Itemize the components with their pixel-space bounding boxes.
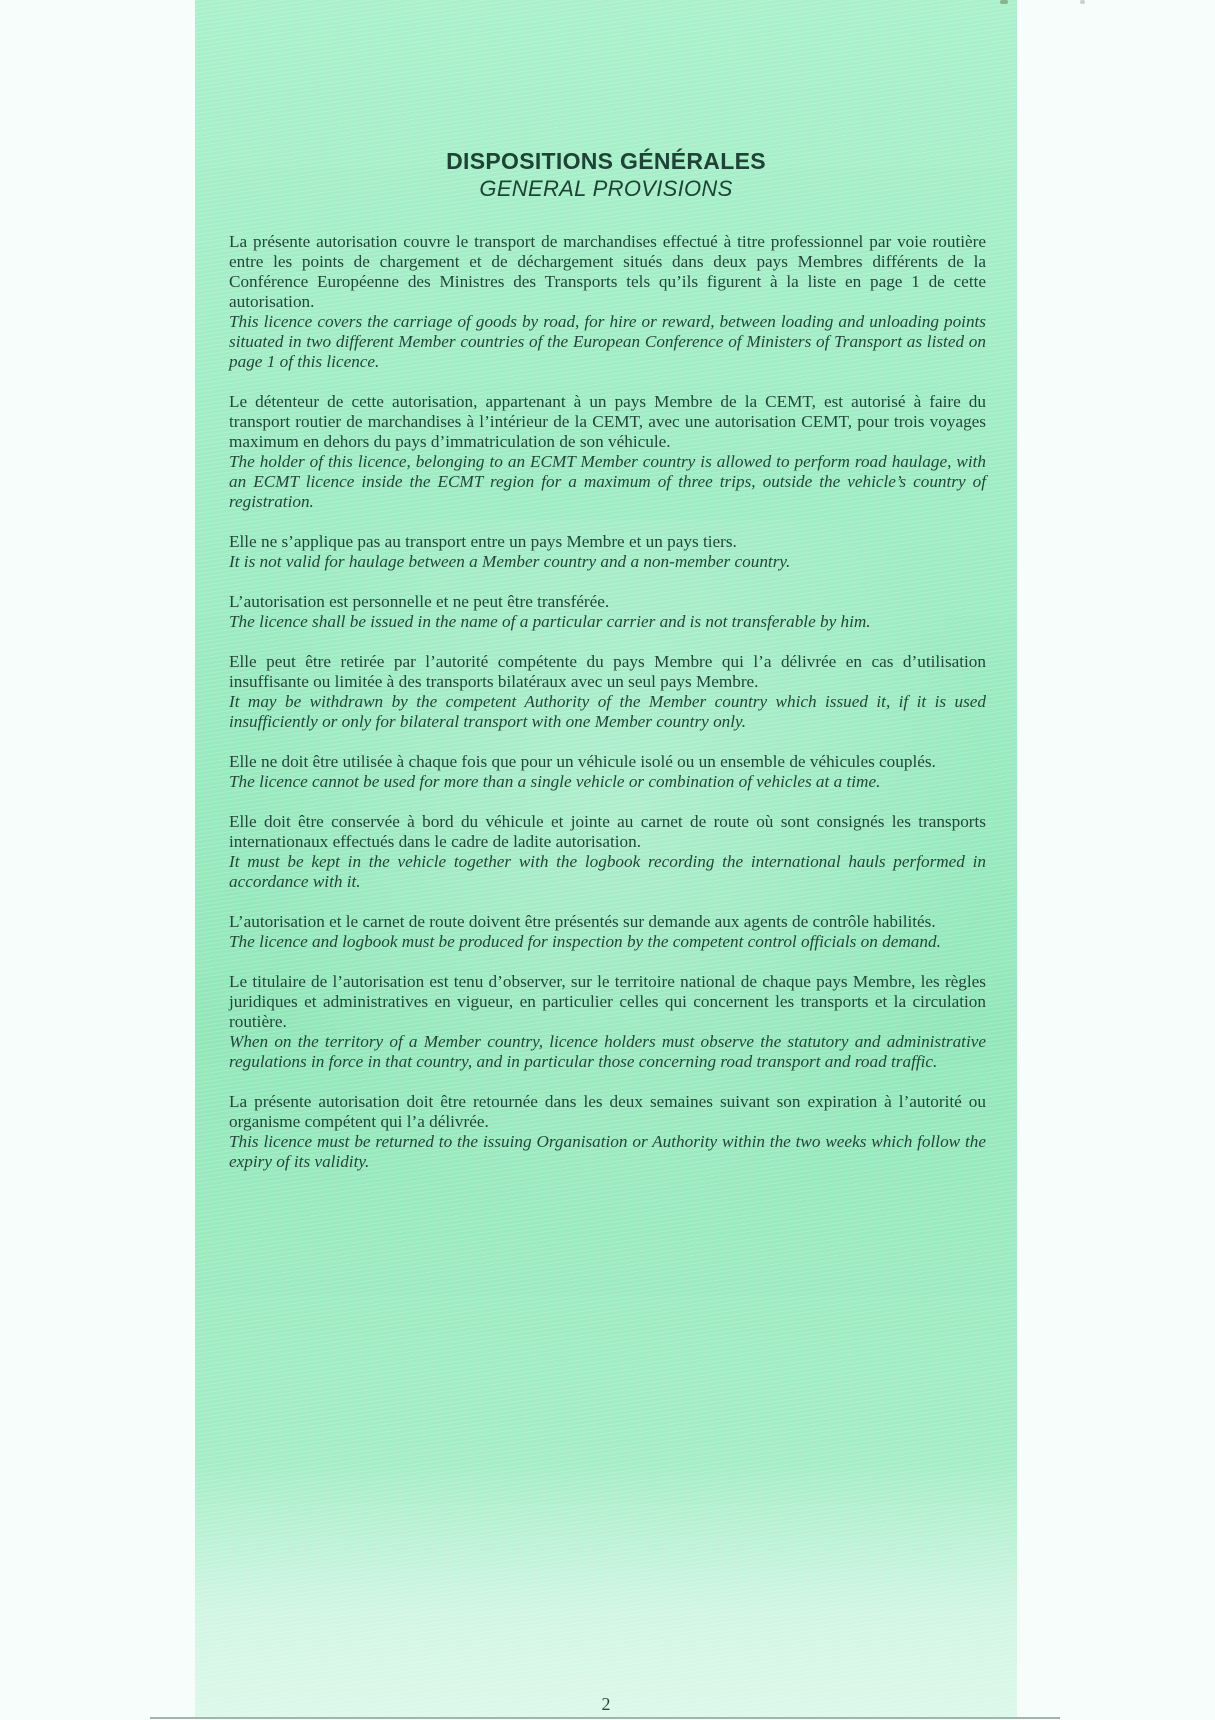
provision-text-en: The licence shall be issued in the name … bbox=[229, 612, 986, 632]
provision-1: La présente autorisation couvre le trans… bbox=[229, 232, 986, 372]
provision-text-fr: Elle ne doit être utilisée à chaque fois… bbox=[229, 752, 986, 772]
provision-text-fr: Le titulaire de l’autorisation est tenu … bbox=[229, 972, 986, 1032]
provision-6: Elle ne doit être utilisée à chaque fois… bbox=[229, 752, 986, 792]
provision-3: Elle ne s’applique pas au transport entr… bbox=[229, 532, 986, 572]
provision-text-fr: Elle ne s’applique pas au transport entr… bbox=[229, 532, 986, 552]
provision-text-en: This licence must be returned to the iss… bbox=[229, 1132, 986, 1172]
title-english: GENERAL PROVISIONS bbox=[195, 175, 1017, 203]
provision-text-en: It is not valid for haulage between a Me… bbox=[229, 552, 986, 572]
provision-text-en: The licence and logbook must be produced… bbox=[229, 932, 986, 952]
provision-text-fr: La présente autorisation couvre le trans… bbox=[229, 232, 986, 312]
title-french: DISPOSITIONS GÉNÉRALES bbox=[195, 147, 1017, 175]
scan-artifact bbox=[1080, 0, 1085, 4]
provision-text-en: When on the territory of a Member countr… bbox=[229, 1032, 986, 1072]
page-edge-line bbox=[150, 1717, 1060, 1719]
provision-text-en: It may be withdrawn by the competent Aut… bbox=[229, 692, 986, 732]
provision-2: Le détenteur de cette autorisation, appa… bbox=[229, 392, 986, 512]
provision-text-en: This licence covers the carriage of good… bbox=[229, 312, 986, 372]
provision-text-fr: L’autorisation et le carnet de route doi… bbox=[229, 912, 986, 932]
provision-9: Le titulaire de l’autorisation est tenu … bbox=[229, 972, 986, 1072]
provision-text-en: It must be kept in the vehicle together … bbox=[229, 852, 986, 892]
provision-8: L’autorisation et le carnet de route doi… bbox=[229, 912, 986, 952]
provision-4: L’autorisation est personnelle et ne peu… bbox=[229, 592, 986, 632]
provision-text-en: The licence cannot be used for more than… bbox=[229, 772, 986, 792]
provision-text-fr: Le détenteur de cette autorisation, appa… bbox=[229, 392, 986, 452]
scan-artifact bbox=[1000, 0, 1008, 4]
provision-text-fr: Elle peut être retirée par l’autorité co… bbox=[229, 652, 986, 692]
provision-7: Elle doit être conservée à bord du véhic… bbox=[229, 812, 986, 892]
provision-text-fr: La présente autorisation doit être retou… bbox=[229, 1092, 986, 1132]
provision-text-en: The holder of this licence, belonging to… bbox=[229, 452, 986, 512]
page-number: 2 bbox=[195, 1694, 1017, 1715]
document-header: DISPOSITIONS GÉNÉRALES GENERAL PROVISION… bbox=[195, 147, 1017, 203]
provision-5: Elle peut être retirée par l’autorité co… bbox=[229, 652, 986, 732]
provision-text-fr: L’autorisation est personnelle et ne peu… bbox=[229, 592, 986, 612]
provision-10: La présente autorisation doit être retou… bbox=[229, 1092, 986, 1172]
provision-text-fr: Elle doit être conservée à bord du véhic… bbox=[229, 812, 986, 852]
provisions-body: La présente autorisation couvre le trans… bbox=[229, 232, 986, 1192]
